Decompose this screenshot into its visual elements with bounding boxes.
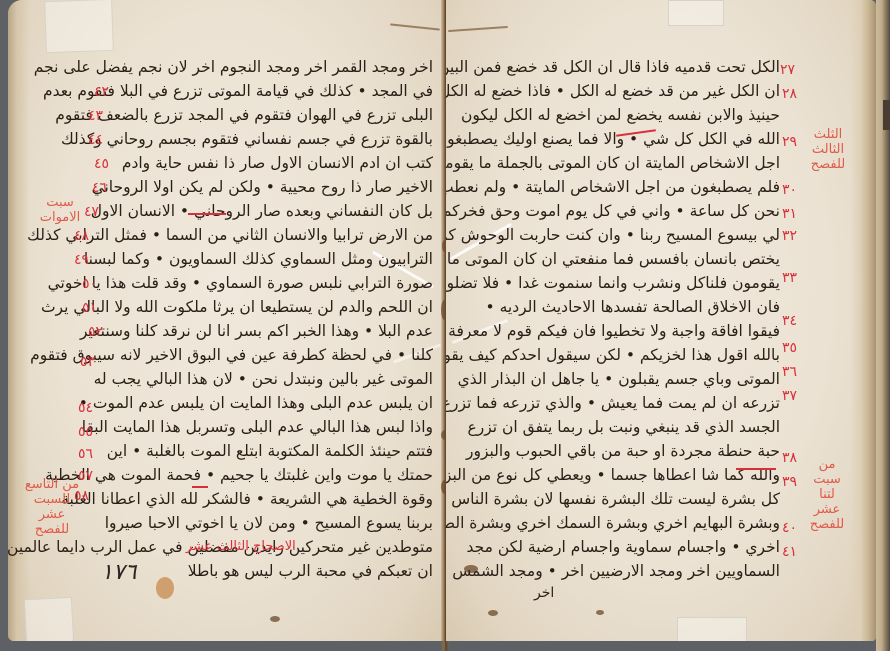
text-line: حبة حنطة مجردة او حبة من باقي الحبوب وال… xyxy=(466,444,780,460)
left-page: اخر ومجد القمر اخر ومجد النجوم اخر لان ن… xyxy=(8,0,444,641)
verse-number: ٤٢ xyxy=(94,84,109,100)
text-line: فتتم حينئذ الكلمة المكتوبة ابتلع الموت ب… xyxy=(107,444,433,460)
text-line: ان الكل غير من قد خضع له الكل • فاذا خضع… xyxy=(446,84,780,100)
text-line: وبشرة البهايم اخري وبشرة السمك اخري وبشر… xyxy=(446,516,780,532)
verse-number: ٢٨ xyxy=(782,86,797,102)
marginal-gloss: الثلث الثالث للفصح xyxy=(798,128,858,173)
red-underline xyxy=(736,468,776,470)
repair-tape xyxy=(668,0,724,26)
verse-number: ٣١ xyxy=(782,206,797,222)
text-line: لي بيسوع المسيح ربنا • وان كنت حاربت الو… xyxy=(446,228,780,244)
stain xyxy=(156,577,174,599)
text-line: السماويين اخر ومجد الارضيين اخر • ومجد ا… xyxy=(452,564,780,580)
verse-number: ٥٤ xyxy=(78,400,93,416)
text-line: يقومون فلناكل ونشرب وانما سنموت غدا • فل… xyxy=(446,276,780,292)
verse-number: ٣٤ xyxy=(782,313,797,329)
red-underline xyxy=(192,486,208,488)
text-line: والله كما شا اعطاها جسما • ويعطي كل نوع … xyxy=(446,468,780,484)
text-line: الاخير صار ذا روح محيية • ولكن لم يكن او… xyxy=(92,180,433,196)
verse-number: ٣٢ xyxy=(782,228,797,244)
text-line: بالله اقول هذا لخزيكم • لكن سيقول احدكم … xyxy=(446,348,780,364)
page-edges xyxy=(876,0,890,651)
verse-number: ٤٣ xyxy=(88,108,103,124)
text-line: الجسد الذي قد ينبغي ونبت بل ربما يتفق ان… xyxy=(467,420,780,436)
text-line: الموتى غير بالين ونبتدل نحن • لان هذا ال… xyxy=(94,372,433,388)
text-line: اخر ومجد القمر اخر ومجد النجوم اخر لان ن… xyxy=(34,60,433,76)
text-line: بربنا يسوع المسيح • ومن لان يا اخوتي الا… xyxy=(105,516,433,532)
text-line: اخري • واجسام سماوية واجسام ارضية لكن مج… xyxy=(467,540,781,556)
verse-number: ٣٩ xyxy=(782,474,797,490)
verse-number: ٣٧ xyxy=(782,388,797,404)
verse-number: ٤٥ xyxy=(94,156,109,172)
verse-number: ٤٩ xyxy=(74,252,89,268)
text-line: الكل تحت قدميه فاذا قال ان الكل قد خضع ف… xyxy=(446,60,780,76)
text-line: بل كان النفساني وبعده صار الروحاني • الا… xyxy=(91,204,433,220)
paper-crease xyxy=(448,26,508,32)
text-line: البلى تزرع في الهوان فتقوم في المجد تزرع… xyxy=(55,108,433,124)
verse-number: ٥٢ xyxy=(88,324,103,340)
marginal-gloss: من سبت لتنا عشر للفصح xyxy=(804,458,850,533)
repair-tape xyxy=(44,0,114,53)
text-line: نحن كل ساعة • واني في كل يوم اموت وحق فخ… xyxy=(446,204,780,220)
verse-number: ٥١ xyxy=(82,300,97,316)
verse-number: ٤٠ xyxy=(782,520,797,536)
verse-number: ٥٧ xyxy=(78,468,93,484)
verse-number: ٥٥ xyxy=(78,424,93,440)
text-line: فلم يصطبغون من اجل الاشخاص المايتة • ولم… xyxy=(446,180,780,196)
verse-number: ٣٣ xyxy=(782,270,797,286)
red-underline xyxy=(188,213,226,215)
verse-number: ٣٨ xyxy=(782,450,797,466)
right-page: الكل تحت قدميه فاذا قال ان الكل قد خضع ف… xyxy=(446,0,876,641)
verse-number: ٤٦ xyxy=(92,180,107,196)
text-line: حمتك يا موت واين غلبتك يا جحيم • فحمة ال… xyxy=(45,468,433,484)
text-line: وقوة الخطية هي الشريعة • فالشكر لله الذي… xyxy=(61,492,433,508)
manuscript-photo: اخر ومجد القمر اخر ومجد النجوم اخر لان ن… xyxy=(0,0,890,651)
text-line: صورة الترابي نلبس صورة السماوي • وقد قلت… xyxy=(48,276,433,292)
verse-number: ٢٧ xyxy=(780,62,795,78)
text-line: فيقوا افاقة واجبة ولا تخطيوا فان فيكم قو… xyxy=(446,324,780,340)
text-line: الموتى وباي جسم يقبلون • يا جاهل ان البذ… xyxy=(458,372,780,388)
marginal-gloss: سبت الاموات xyxy=(30,196,90,226)
text-line: كتب ان ادم الانسان الاول صار ذا نفس حاية… xyxy=(122,156,433,172)
folio-number: ١٧٦ xyxy=(101,560,136,585)
verse-number: ٣٠ xyxy=(782,182,797,198)
chapter-rubric: الاصحاح الثالث عشر xyxy=(186,539,296,554)
right-page-text: الكل تحت قدميه فاذا قال ان الكل قد خضع ف… xyxy=(468,60,780,580)
catchword: اخر xyxy=(534,585,554,601)
text-line: ان اللحم والدم لن يستطيعا ان يرثا ملكوت … xyxy=(41,300,433,316)
paper-crease xyxy=(390,23,440,30)
text-line: عدم البلا • وهذا الخبر اكم بسر انا لن نر… xyxy=(80,324,433,340)
verse-number: ٤٨ xyxy=(74,228,89,244)
marginal-gloss: من التاسع للسبت عشر للفصح xyxy=(24,478,80,538)
text-line: ان يلبس عدم البلى وهذا المايت ان يلبس عد… xyxy=(79,396,433,412)
verse-number: ٥٦ xyxy=(78,446,93,462)
text-line: فان الاخلاق الصالحة تفسدها الاحاديث الرد… xyxy=(486,300,780,316)
text-line: يختص بانسان بافسس فما منفعتي ان كان المو… xyxy=(447,252,780,268)
repair-tape xyxy=(677,617,747,641)
text-line: كل بشرة ليست تلك البشرة نفسها لان بشرة ا… xyxy=(446,492,780,508)
repair-tape xyxy=(24,597,74,641)
text-line: الله في الكل كل شي • والا فما يصنع اوليك… xyxy=(446,132,780,148)
text-line: اجل الاشخاص المايتة ان كان الموتى بالجمل… xyxy=(446,156,780,172)
verse-number: ٥٠ xyxy=(82,276,97,292)
text-line: حينيذ والابن نفسه يخضع لمن اخضع له الكل … xyxy=(461,108,780,124)
text-line: ان تعبكم في محبة الرب ليس هو باطلا xyxy=(188,564,433,580)
left-page-text: اخر ومجد القمر اخر ومجد النجوم اخر لان ن… xyxy=(98,60,433,580)
text-line: بالقوة تزرع في جسم نفساني فتقوم بجسم روح… xyxy=(61,132,433,148)
verse-number: ٣٦ xyxy=(782,364,797,380)
stain xyxy=(270,616,280,622)
verse-number: ٢٩ xyxy=(782,134,797,150)
verse-number: ٤١ xyxy=(782,544,797,560)
verse-number: ٣٥ xyxy=(782,340,797,356)
text-line: واذا لبس هذا البالي عدم البلى وتسربل هذا… xyxy=(82,420,433,436)
verse-number: ٥٣ xyxy=(80,354,95,370)
text-line: تزرعه ان لم يمت فما يعيش • والذي تزرعه ف… xyxy=(446,396,780,412)
verse-number: ٤٤ xyxy=(88,132,103,148)
text-line: الترابيون ومثل السماوي كذلك السماويون • … xyxy=(84,252,433,268)
